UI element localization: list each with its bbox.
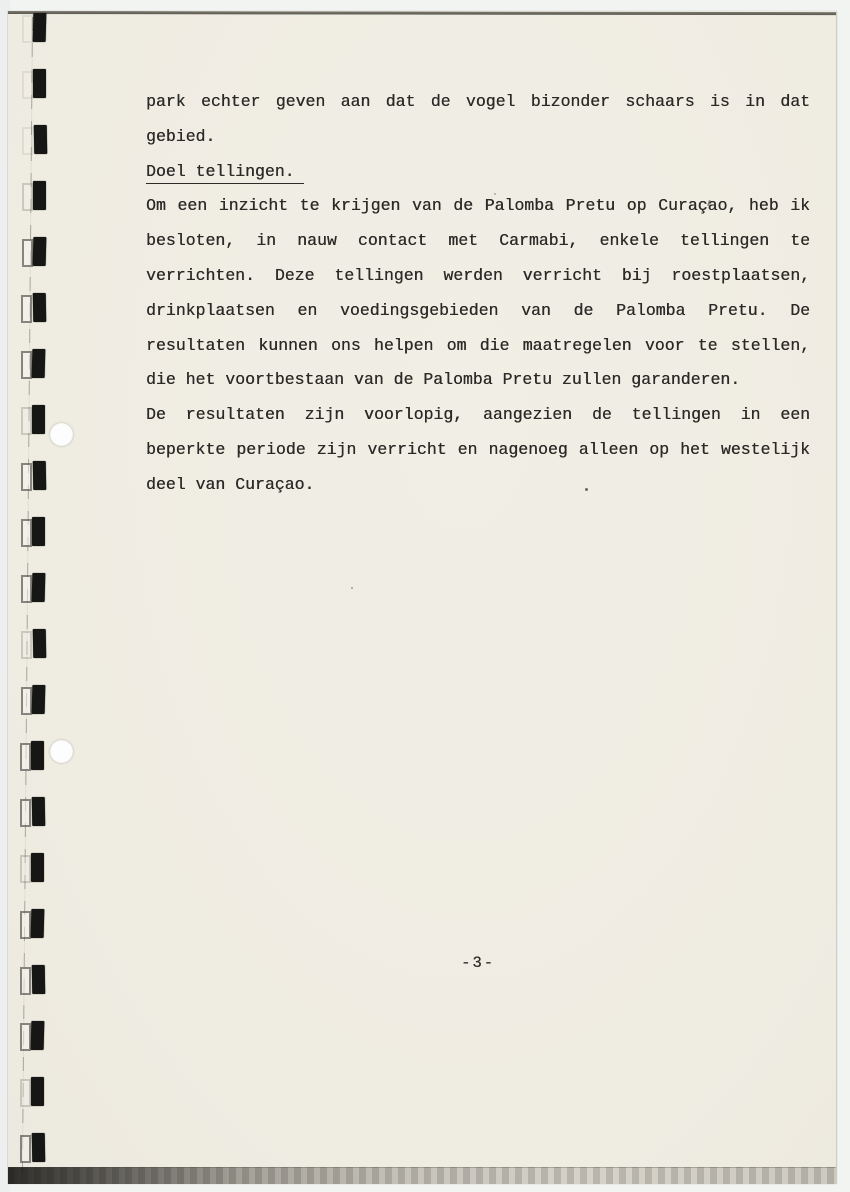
text-line: resultaten kunnen ons helpen om die maat… (146, 329, 810, 364)
text-line: verrichten. Deze tellingen werden verric… (146, 259, 810, 294)
binding-hole-mark (22, 237, 46, 266)
binding-hole-mark (20, 909, 44, 938)
binding-hole-mark (21, 685, 45, 714)
binding-hole-mark (21, 349, 45, 378)
binding-hole-mark (20, 1133, 44, 1162)
binding-hole-mark (21, 461, 45, 490)
punch-hole (50, 423, 73, 446)
binding-hole-mark (20, 853, 44, 882)
binding-hole-mark (20, 741, 44, 770)
text-line: Om een inzicht te krijgen van de Palomba… (146, 189, 810, 224)
paper-sheet: park echter geven aan dat de vogel bizon… (8, 11, 836, 1184)
typewritten-text-block: park echter geven aan dat de vogel bizon… (146, 85, 810, 503)
binding-hole-mark (20, 1077, 44, 1106)
binding-hole-mark (20, 1021, 44, 1050)
binding-hole-mark (20, 965, 44, 994)
punch-hole (50, 740, 73, 763)
binding-hole-mark (21, 629, 45, 658)
binding-hole-mark (21, 517, 45, 546)
binding-hole-mark (21, 573, 45, 602)
text-line: besloten, in nauw contact met Carmabi, e… (146, 224, 810, 259)
text-line: beperkte periode zijn verricht en nageno… (146, 433, 810, 468)
binding-hole-mark (22, 13, 46, 42)
text-line: gebied. (146, 120, 810, 155)
text-line: De resultaten zijn voorlopig, aangezien … (146, 398, 810, 433)
scan-speck (351, 587, 353, 589)
binding-hole-mark (22, 125, 46, 154)
scan-speck (585, 488, 588, 491)
scanner-background: park echter geven aan dat de vogel bizon… (0, 0, 850, 1192)
binding-hole-mark (22, 181, 46, 210)
binding-hole-mark (21, 405, 45, 434)
binding-hole-mark (22, 69, 46, 98)
text-line: deel van Curaçao. (146, 468, 810, 503)
scan-speck (494, 193, 496, 195)
page-top-edge-shadow (8, 11, 836, 15)
scan-bottom-shadow-band (8, 1167, 836, 1184)
text-line: die het voortbestaan van de Palomba Pret… (146, 363, 810, 398)
text-line: Doel tellingen. (146, 155, 810, 190)
page-number: -3- (146, 954, 810, 972)
text-line: park echter geven aan dat de vogel bizon… (146, 85, 810, 120)
text-line: drinkplaatsen en voedingsgebieden van de… (146, 294, 810, 329)
binding-hole-mark (21, 293, 45, 322)
binding-hole-mark (20, 797, 44, 826)
